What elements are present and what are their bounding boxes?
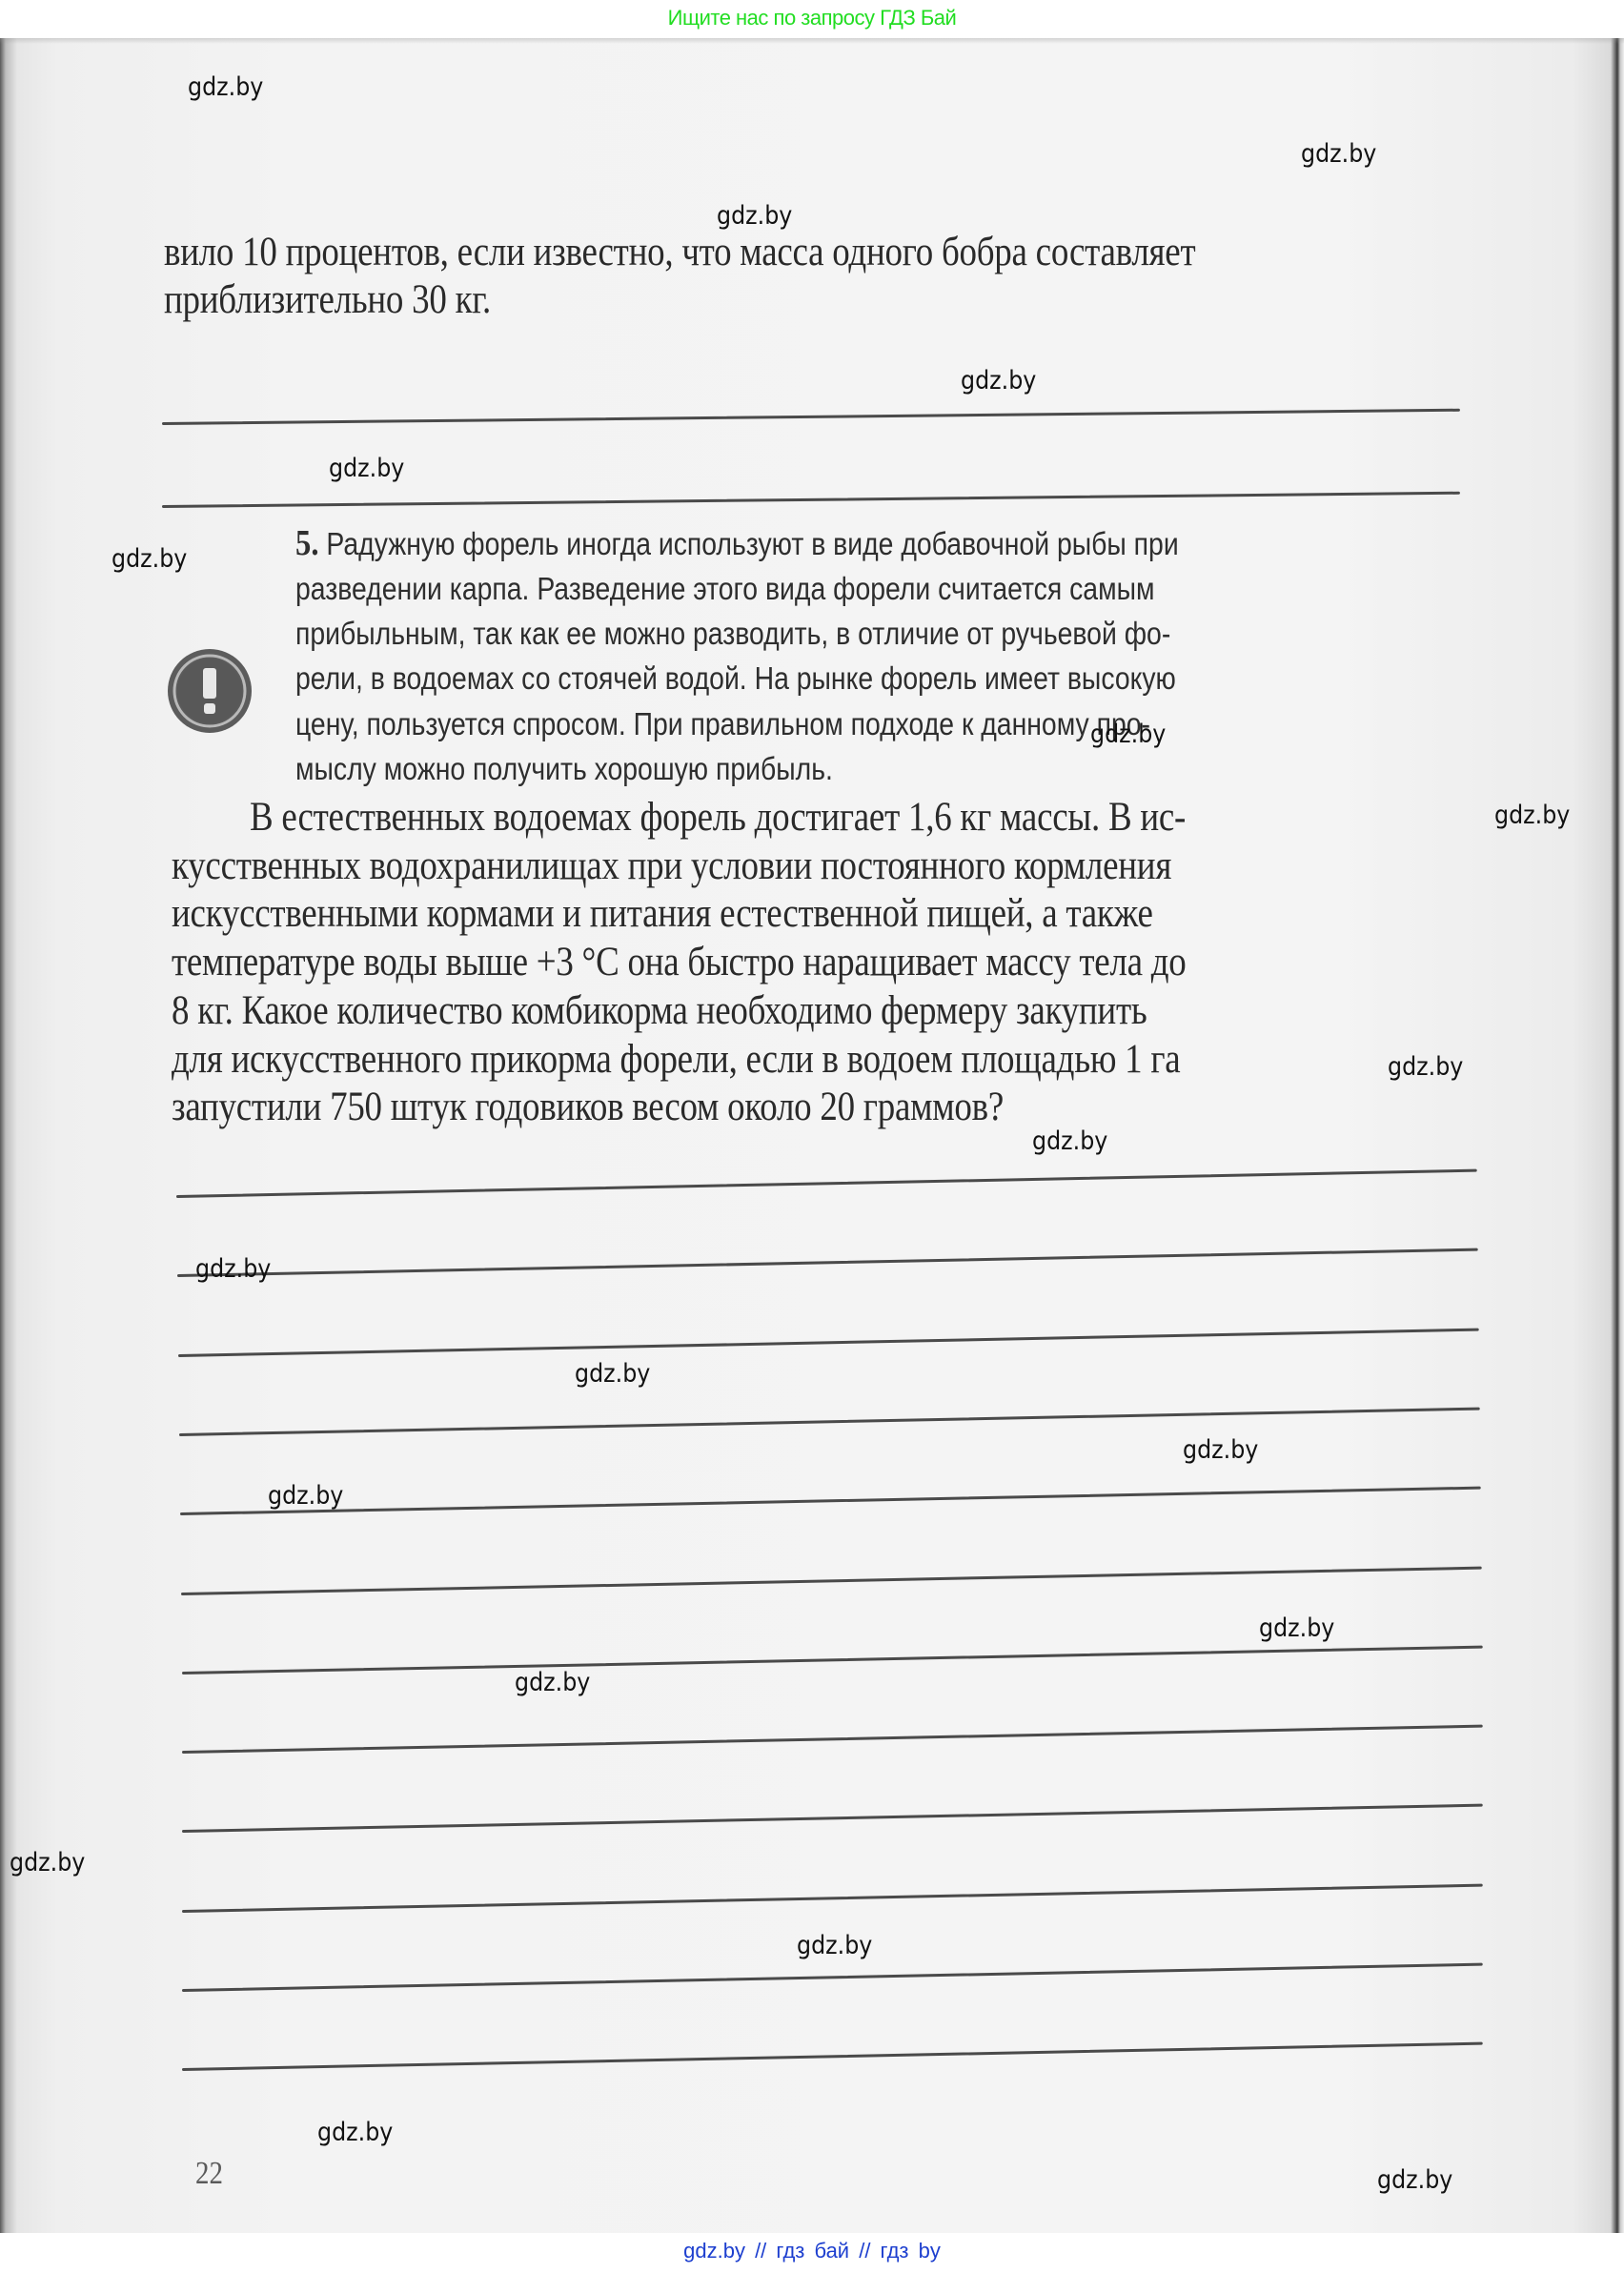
answer-line[interactable] (181, 1566, 1482, 1594)
task5-question-line-1: В естественных водоемах форель достигает… (250, 795, 1186, 840)
watermark: gdz.by (717, 201, 792, 231)
answer-line[interactable] (162, 409, 1460, 425)
task5-question-line-4: температуре воды выше +3 °С она быстро н… (172, 940, 1187, 984)
watermark: gdz.by (10, 1848, 85, 1877)
watermark: gdz.by (961, 366, 1036, 396)
task5-intro-line-1: 5. Радужную форель иногда используют в в… (295, 521, 1179, 566)
watermark: gdz.by (1090, 720, 1166, 749)
answer-line[interactable] (180, 1487, 1481, 1515)
watermark: gdz.by (797, 1931, 872, 1960)
answer-line[interactable] (182, 1963, 1483, 1992)
answer-line[interactable] (179, 1407, 1480, 1435)
answer-line[interactable] (182, 2042, 1483, 2071)
task5-intro-line-5: цену, пользуется спросом. При правильном… (295, 701, 1150, 746)
task5-question-line-3: искусственными кормами и питания естеств… (172, 891, 1153, 936)
watermark: gdz.by (1377, 2165, 1452, 2195)
task5-question-line-6: для искусственного прикорма форели, если… (172, 1037, 1180, 1082)
task-number: 5. (295, 523, 319, 563)
answer-line[interactable] (182, 1645, 1483, 1674)
task5-question-line-7: запустили 750 штук годовиков весом около… (172, 1085, 1004, 1129)
watermark: gdz.by (317, 2118, 393, 2147)
answer-line[interactable] (182, 1804, 1483, 1833)
answer-line[interactable] (176, 1169, 1477, 1198)
answer-line[interactable] (177, 1248, 1478, 1277)
watermark: gdz.by (1494, 801, 1570, 830)
answer-line[interactable] (162, 492, 1460, 508)
watermark: gdz.by (1388, 1052, 1463, 1082)
watermark: gdz.by (1259, 1613, 1334, 1643)
task5-question-line-5: 8 кг. Какое количество комбикорма необхо… (172, 988, 1147, 1033)
bottom-banner[interactable]: gdz.by // гдз бай // гдз by (0, 2233, 1624, 2273)
answer-line[interactable] (182, 1883, 1483, 1912)
previous-task-line-1: вило 10 процентов, если известно, что ма… (164, 230, 1195, 274)
task5-intro-line-3: прибыльным, так как ее можно разводить, … (295, 611, 1170, 656)
previous-task-line-2: приблизительно 30 кг. (164, 277, 491, 322)
task5-intro-line-4: рели, в водоемах со стоячей водой. На ры… (295, 656, 1176, 700)
watermark: gdz.by (188, 72, 263, 102)
exclamation-circle-icon (166, 647, 254, 735)
watermark: gdz.by (112, 544, 187, 574)
watermark: gdz.by (195, 1254, 271, 1284)
watermark: gdz.by (575, 1359, 650, 1389)
task5-intro-text: Радужную форель иногда используют в виде… (326, 526, 1178, 561)
task5-intro-line-2: разведении карпа. Разведение этого вида … (295, 566, 1154, 611)
watermark: gdz.by (268, 1481, 343, 1511)
watermark: gdz.by (1183, 1435, 1258, 1465)
workbook-page: вило 10 процентов, если известно, что ма… (0, 38, 1624, 2233)
watermark: gdz.by (329, 454, 404, 483)
top-banner[interactable]: Ищите нас по запросу ГДЗ Бай (0, 0, 1624, 38)
watermark: gdz.by (1032, 1126, 1107, 1156)
watermark: gdz.by (1301, 139, 1376, 169)
watermark: gdz.by (515, 1668, 590, 1697)
task5-question-line-2: кусственных водохранилищах при условии п… (172, 843, 1171, 888)
page-number: 22 (195, 2156, 223, 2192)
answer-line[interactable] (182, 1725, 1483, 1754)
task5-intro-line-6: мыслу можно получить хорошую прибыль. (295, 746, 833, 791)
answer-line[interactable] (178, 1328, 1479, 1356)
